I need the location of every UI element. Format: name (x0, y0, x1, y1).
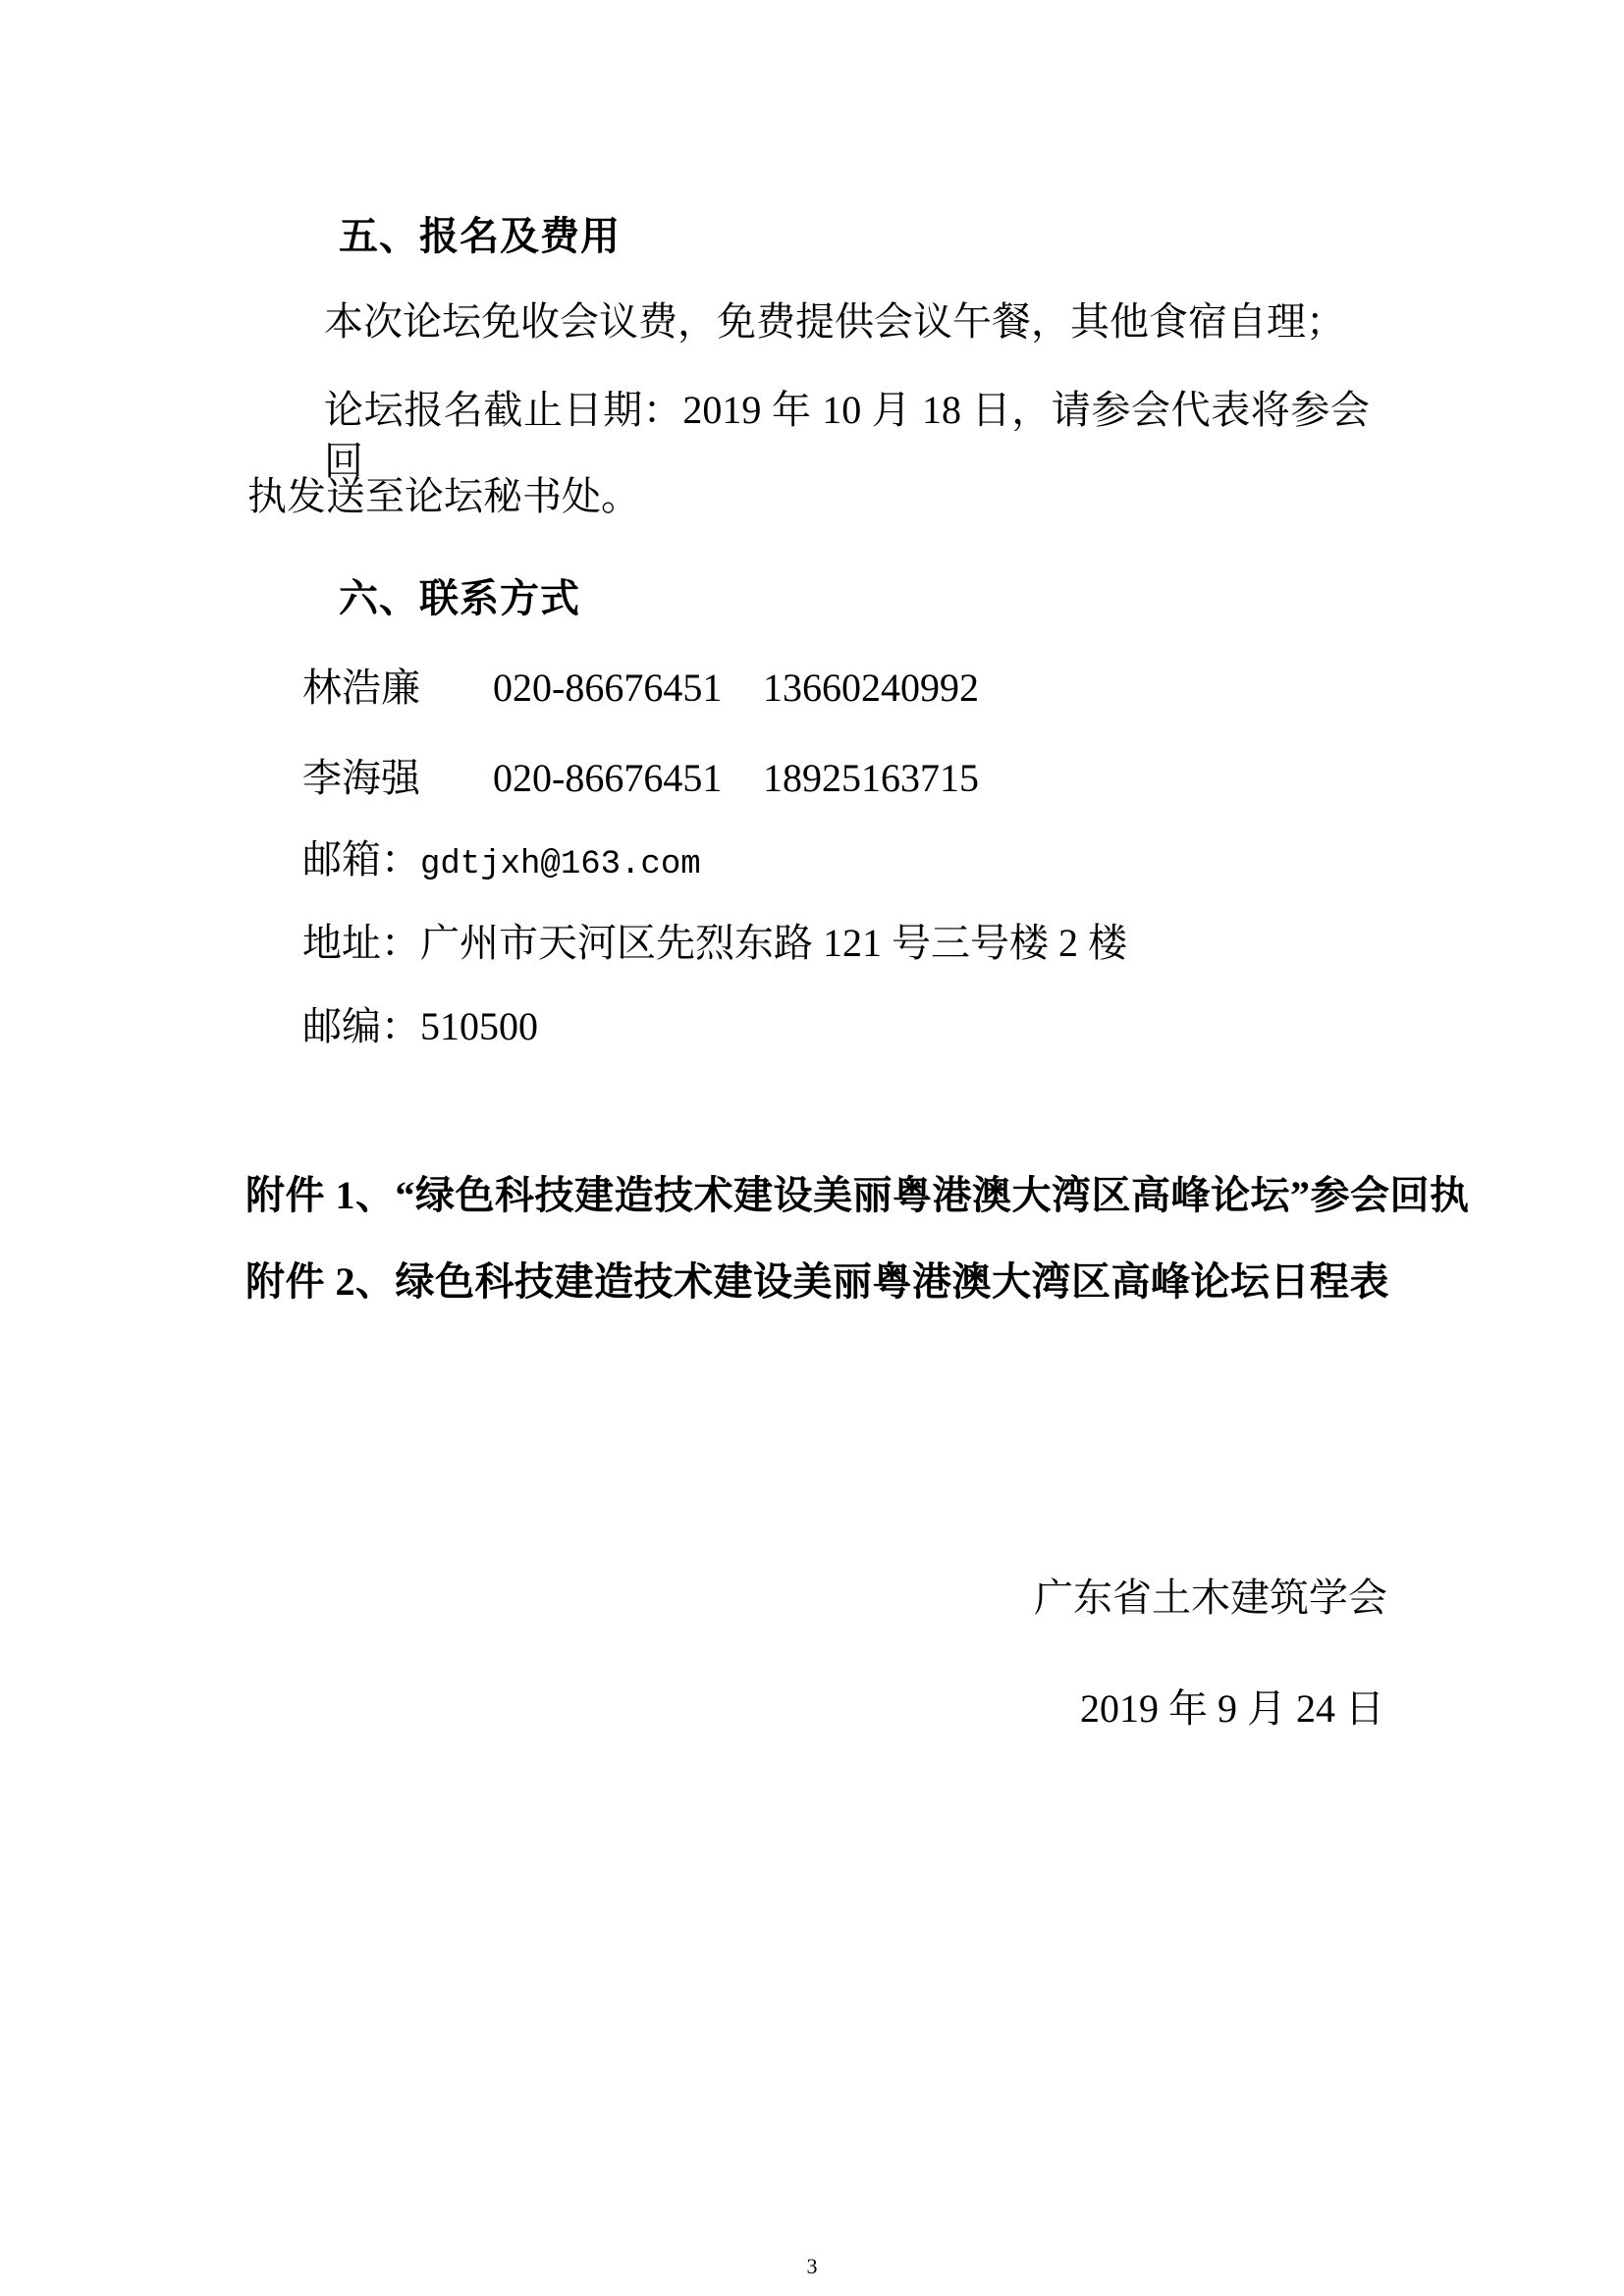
fees-paragraph: 本次论坛免收会议费，免费提供会议午餐，其他食宿自理； (324, 296, 1345, 347)
email-label: 邮箱： (302, 837, 420, 881)
contact-phone: 020-86676451 (493, 753, 722, 804)
address-value: 广州市天河区先烈东路 121 号三号楼 2 楼 (420, 921, 1127, 965)
attachment-1-line: 附件 1、“绿色科技建造技术建设美丽粤港澳大湾区高峰论坛”参会回执 (245, 1170, 1470, 1221)
contact-name: 李海强 (302, 753, 420, 804)
deadline-paragraph-line-2: 执发送至论坛秘书处。 (247, 471, 640, 522)
signature-organization: 广东省土木建筑学会 (1034, 1573, 1387, 1624)
address-label: 地址： (302, 921, 420, 965)
document-page: 五、报名及费用 本次论坛免收会议费，免费提供会议午餐，其他食宿自理； 论坛报名截… (0, 0, 1624, 2296)
contact-mobile: 18925163715 (763, 753, 979, 804)
contact-name: 林浩廉 (302, 663, 420, 714)
email-value: gdtjxh@163.com (420, 846, 701, 883)
contact-mobile: 13660240992 (763, 663, 979, 714)
attachment-2-line: 附件 2、绿色科技建造技术建设美丽粤港澳大湾区高峰论坛日程表 (245, 1256, 1389, 1308)
contact-phone: 020-86676451 (493, 663, 722, 714)
email-line: 邮箱：gdtjxh@163.com (302, 834, 701, 886)
page-number: 3 (0, 2254, 1624, 2279)
postcode-label: 邮编： (302, 1004, 420, 1048)
contact-row: 林浩廉 020-86676451 13660240992 (302, 663, 1186, 718)
contact-row: 李海强 020-86676451 18925163715 (302, 753, 1186, 808)
section-6-heading: 六、联系方式 (339, 573, 580, 624)
address-line: 地址：广州市天河区先烈东路 121 号三号楼 2 楼 (302, 918, 1127, 969)
postcode-value: 510500 (420, 1004, 538, 1048)
signature-date: 2019 年 9 月 24 日 (1080, 1683, 1384, 1735)
section-5-heading: 五、报名及费用 (339, 211, 621, 262)
postcode-line: 邮编：510500 (302, 1001, 538, 1052)
